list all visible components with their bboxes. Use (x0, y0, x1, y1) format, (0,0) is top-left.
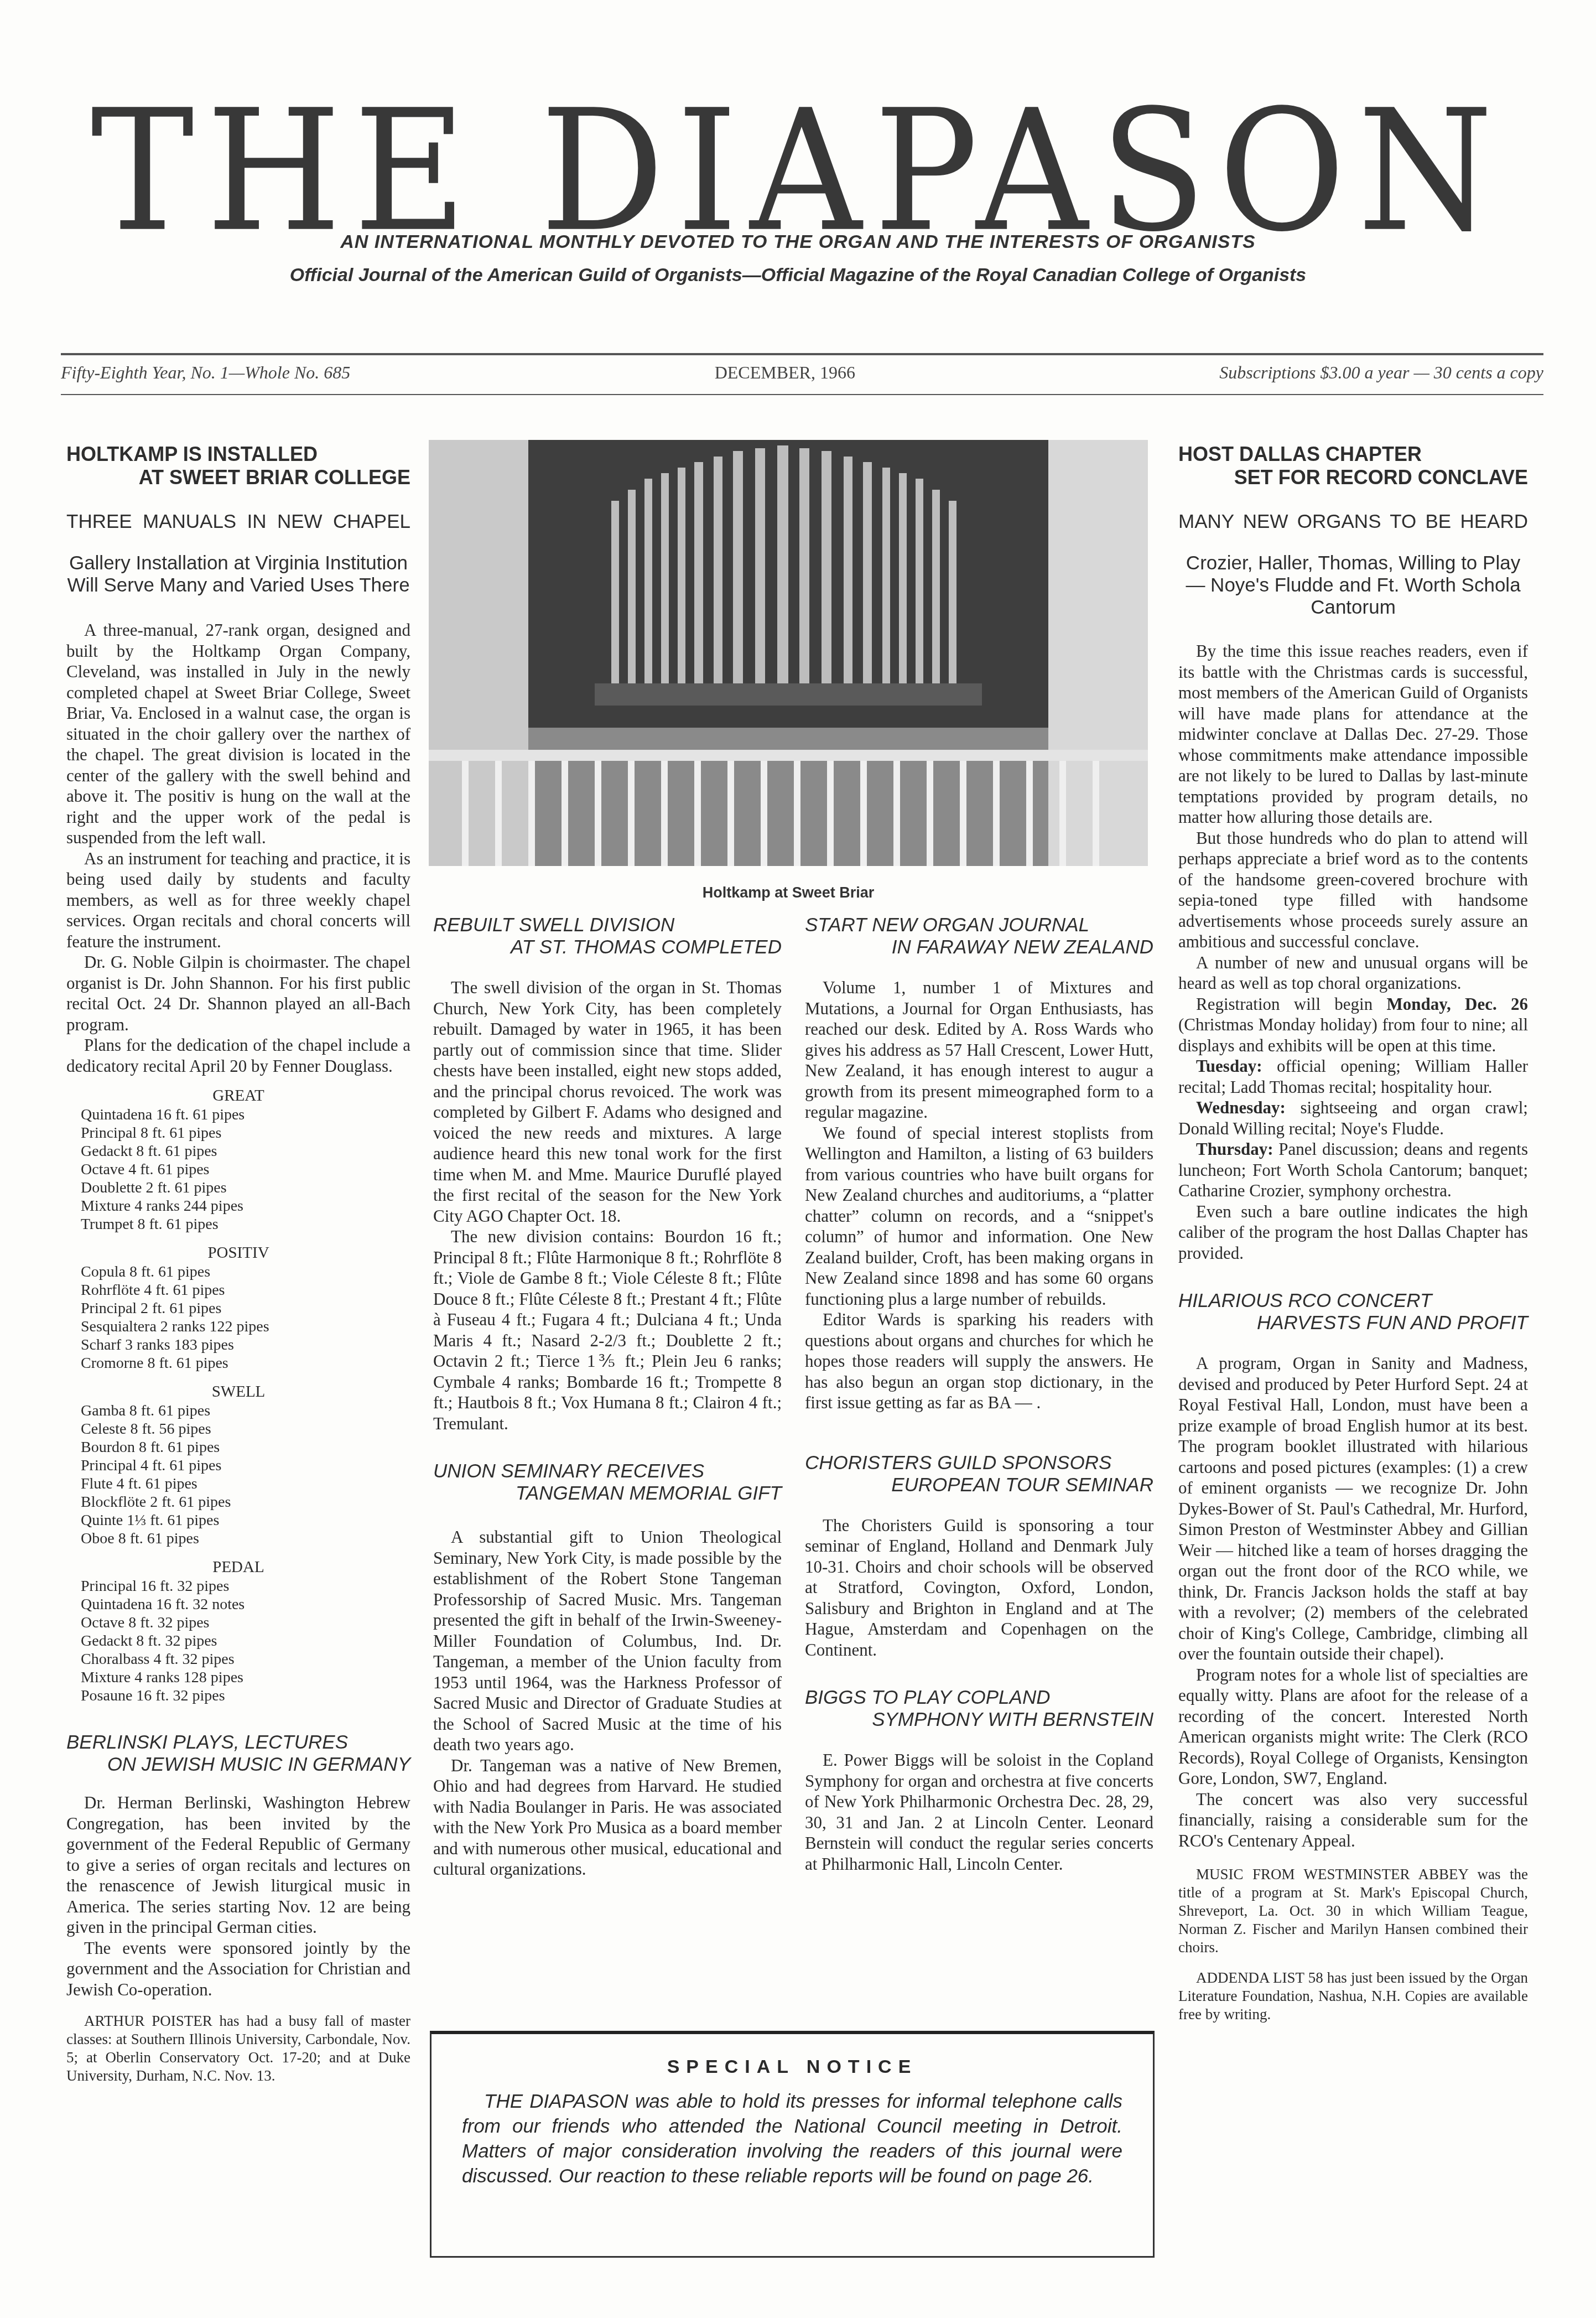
news-brief: MUSIC FROM WESTMINSTER ABBEY was the tit… (1178, 1865, 1528, 1957)
stop: Quintadena 16 ft. 61 pipes (81, 1106, 410, 1124)
paragraph: The concert was also very successful fin… (1178, 1789, 1528, 1852)
stop: Flute 4 ft. 61 pipes (81, 1475, 410, 1493)
stop-list-pedal: Principal 16 ft. 32 pipes Quintadena 16 … (66, 1577, 410, 1705)
headline-line-2: SET FOR RECORD CONCLAVE (1178, 466, 1528, 489)
article-body: Volume 1, number 1 of Mixtures and Mutat… (805, 977, 1153, 1413)
paragraph: A substantial gift to Union Theological … (433, 1527, 782, 1755)
issue-bar-rule (61, 394, 1543, 395)
stop: Posaune 16 ft. 32 pipes (81, 1687, 410, 1705)
masthead: THE DIAPASON (0, 89, 1596, 255)
paragraph: Plans for the dedication of the chapel i… (66, 1035, 410, 1076)
headline-line-1: BIGGS TO PLAY COPLAND (805, 1687, 1050, 1708)
paragraph: The Choristers Guild is sponsoring a tou… (805, 1515, 1153, 1661)
paragraph: The events were sponsored jointly by the… (66, 1938, 410, 2000)
brief-lead: ADDENDA LIST 58 (1196, 1969, 1323, 1986)
headline-line-2: AT SWEET BRIAR COLLEGE (66, 466, 410, 489)
article-headline: BIGGS TO PLAY COPLAND SYMPHONY WITH BERN… (805, 1687, 1153, 1731)
stop: Octave 4 ft. 61 pipes (81, 1160, 410, 1179)
stop-list-swell: Gamba 8 ft. 61 pipes Celeste 8 ft. 56 pi… (66, 1402, 410, 1548)
stop: Principal 4 ft. 61 pipes (81, 1456, 410, 1475)
header-rule (61, 353, 1543, 355)
tagline: AN INTERNATIONAL MONTHLY DEVOTED TO THE … (0, 231, 1596, 253)
subscription-price: Subscriptions $3.00 a year — 30 cents a … (1219, 362, 1543, 383)
schedule-item: Thursday: Panel discussion; deans and re… (1178, 1139, 1528, 1201)
stop: Gedackt 8 ft. 32 pipes (81, 1632, 410, 1650)
news-brief: ARTHUR POISTER has had a busy fall of ma… (66, 2012, 410, 2085)
special-notice-box: SPECIAL NOTICE THE DIAPASON was able to … (430, 2031, 1155, 2258)
article-subhead: THREE MANUALS IN NEW CHAPEL (66, 510, 410, 533)
stop-list-positiv: Copula 8 ft. 61 pipes Rohrflöte 4 ft. 61… (66, 1263, 410, 1372)
stop: Scharf 3 ranks 183 pipes (81, 1336, 410, 1354)
headline-line-1: CHORISTERS GUILD SPONSORS (805, 1452, 1111, 1474)
organ-pipes-icon (429, 440, 1148, 866)
stop: Rohrflöte 4 ft. 61 pipes (81, 1281, 410, 1299)
news-brief: ADDENDA LIST 58 has just been issued by … (1178, 1969, 1528, 2024)
schedule-item: Wednesday: sightseeing and organ crawl; … (1178, 1097, 1528, 1139)
article-headline: BERLINSKI PLAYS, LECTURES ON JEWISH MUSI… (66, 1731, 410, 1776)
article-deck: Gallery Installation at Virginia Institu… (66, 552, 410, 597)
headline-line-2: IN FARAWAY NEW ZEALAND (805, 936, 1153, 958)
stop: Mixture 4 ranks 244 pipes (81, 1197, 410, 1215)
article-body: By the time this issue reaches readers, … (1178, 641, 1528, 1263)
issue-date: DECEMBER, 1966 (715, 362, 855, 383)
column-1: HOLTKAMP IS INSTALLED AT SWEET BRIAR COL… (66, 443, 410, 2085)
stop: Sesquialtera 2 ranks 122 pipes (81, 1318, 410, 1336)
paragraph: Even such a bare outline indicates the h… (1178, 1201, 1528, 1264)
article-headline: CHORISTERS GUILD SPONSORS EUROPEAN TOUR … (805, 1452, 1153, 1496)
stop: Oboe 8 ft. 61 pipes (81, 1529, 410, 1548)
paragraph: But those hundreds who do plan to attend… (1178, 828, 1528, 952)
division-title-positiv: POSITIV (66, 1243, 410, 1263)
stop: Principal 16 ft. 32 pipes (81, 1577, 410, 1595)
photo-caption: Holtkamp at Sweet Briar (429, 884, 1148, 901)
headline-line-2: SYMPHONY WITH BERNSTEIN (805, 1709, 1153, 1731)
stop: Bourdon 8 ft. 61 pipes (81, 1438, 410, 1456)
stop: Quintadena 16 ft. 32 notes (81, 1595, 410, 1614)
article-body: A program, Organ in Sanity and Madness, … (1178, 1353, 1528, 1851)
headline-line-1: UNION SEMINARY RECEIVES (433, 1460, 704, 1482)
stop: Trumpet 8 ft. 61 pipes (81, 1215, 410, 1233)
division-title-great: GREAT (66, 1086, 410, 1106)
paragraph: Editor Wards is sparking his readers wit… (805, 1309, 1153, 1413)
column-3: START NEW ORGAN JOURNAL IN FARAWAY NEW Z… (805, 914, 1153, 1874)
paragraph: Volume 1, number 1 of Mixtures and Mutat… (805, 977, 1153, 1123)
stop: Copula 8 ft. 61 pipes (81, 1263, 410, 1281)
article-body: The Choristers Guild is sponsoring a tou… (805, 1515, 1153, 1661)
official-line: Official Journal of the American Guild o… (0, 265, 1596, 286)
headline-line-2: EUROPEAN TOUR SEMINAR (805, 1474, 1153, 1496)
stop: Gamba 8 ft. 61 pipes (81, 1402, 410, 1420)
paragraph: The swell division of the organ in St. T… (433, 977, 782, 1226)
article-body: The swell division of the organ in St. T… (433, 977, 782, 1434)
article-subhead: MANY NEW ORGANS TO BE HEARD (1178, 510, 1528, 533)
stop: Mixture 4 ranks 128 pipes (81, 1668, 410, 1687)
stop: Principal 2 ft. 61 pipes (81, 1299, 410, 1318)
stop: Gedackt 8 ft. 61 pipes (81, 1142, 410, 1160)
schedule-item: Tuesday: official opening; William Halle… (1178, 1056, 1528, 1097)
paragraph: By the time this issue reaches readers, … (1178, 641, 1528, 828)
headline-line-2: AT ST. THOMAS COMPLETED (433, 936, 782, 958)
division-title-pedal: PEDAL (66, 1558, 410, 1577)
headline-line-1: START NEW ORGAN JOURNAL (805, 914, 1089, 936)
headline-line-2: TANGEMAN MEMORIAL GIFT (433, 1482, 782, 1505)
brief-lead: MUSIC FROM WESTMINSTER ABBEY (1196, 1866, 1468, 1883)
organ-pipes-photo (429, 440, 1148, 866)
headline-line-1: HILARIOUS RCO CONCERT (1178, 1290, 1432, 1311)
article-headline: HILARIOUS RCO CONCERT HARVESTS FUN AND P… (1178, 1290, 1528, 1334)
paragraph: A three-manual, 27-rank organ, designed … (66, 620, 410, 848)
stop: Choralbass 4 ft. 32 pipes (81, 1650, 410, 1668)
headline-line-1: HOLTKAMP IS INSTALLED (66, 443, 318, 465)
article-headline: HOST DALLAS CHAPTER SET FOR RECORD CONCL… (1178, 443, 1528, 489)
registration-text: (Christmas Monday holiday) from four to … (1178, 1015, 1528, 1055)
registration-date: Monday, Dec. 26 (1387, 994, 1529, 1014)
stop: Quinte 1⅓ ft. 61 pipes (81, 1511, 410, 1529)
paragraph: As an instrument for teaching and practi… (66, 848, 410, 952)
paragraph: Dr. G. Noble Gilpin is choirmaster. The … (66, 952, 410, 1035)
paragraph: We found of special interest stoplists f… (805, 1123, 1153, 1310)
headline-line-1: REBUILT SWELL DIVISION (433, 914, 674, 936)
column-4: HOST DALLAS CHAPTER SET FOR RECORD CONCL… (1178, 443, 1528, 2024)
headline-line-1: HOST DALLAS CHAPTER (1178, 443, 1422, 465)
registration-text: Registration will begin (1196, 994, 1387, 1014)
stoplist: GREAT Quintadena 16 ft. 61 pipes Princip… (66, 1086, 410, 1705)
stop: Blockflöte 2 ft. 61 pipes (81, 1493, 410, 1511)
paragraph: The new division contains: Bourdon 16 ft… (433, 1226, 782, 1434)
article-body: A substantial gift to Union Theological … (433, 1527, 782, 1880)
article-headline: UNION SEMINARY RECEIVES TANGEMAN MEMORIA… (433, 1460, 782, 1505)
notice-body: THE DIAPASON was able to hold its presse… (432, 2078, 1153, 2189)
paragraph: A number of new and unusual organs will … (1178, 952, 1528, 994)
paragraph: A program, Organ in Sanity and Madness, … (1178, 1353, 1528, 1664)
headline-line-2: HARVESTS FUN AND PROFIT (1178, 1312, 1528, 1334)
article-body: Dr. Herman Berlinski, Washington Hebrew … (66, 1792, 410, 2000)
column-2: REBUILT SWELL DIVISION AT ST. THOMAS COM… (433, 914, 782, 1880)
stop: Celeste 8 ft. 56 pipes (81, 1420, 410, 1438)
paragraph: Dr. Tangeman was a native of New Bremen,… (433, 1755, 782, 1880)
article-body: A three-manual, 27-rank organ, designed … (66, 620, 410, 1076)
schedule-day: Wednesday: (1196, 1098, 1286, 1117)
paragraph: E. Power Biggs will be soloist in the Co… (805, 1750, 1153, 1874)
article-headline: HOLTKAMP IS INSTALLED AT SWEET BRIAR COL… (66, 443, 410, 489)
volume-number: Fifty-Eighth Year, No. 1—Whole No. 685 (61, 362, 350, 383)
notice-title: SPECIAL NOTICE (432, 2056, 1153, 2078)
stop-list-great: Quintadena 16 ft. 61 pipes Principal 8 f… (66, 1106, 410, 1233)
article-deck: Crozier, Haller, Thomas, Willing to Play… (1178, 552, 1528, 619)
schedule-day: Thursday: (1196, 1139, 1273, 1159)
paragraph: Registration will begin Monday, Dec. 26 … (1178, 994, 1528, 1056)
article-headline: REBUILT SWELL DIVISION AT ST. THOMAS COM… (433, 914, 782, 958)
headline-line-2: ON JEWISH MUSIC IN GERMANY (66, 1754, 410, 1776)
article-headline: START NEW ORGAN JOURNAL IN FARAWAY NEW Z… (805, 914, 1153, 958)
schedule-day: Tuesday: (1196, 1056, 1262, 1076)
stop: Octave 8 ft. 32 pipes (81, 1614, 410, 1632)
division-title-swell: SWELL (66, 1382, 410, 1402)
stop: Principal 8 ft. 61 pipes (81, 1124, 410, 1142)
article-body: E. Power Biggs will be soloist in the Co… (805, 1750, 1153, 1874)
paragraph: Dr. Herman Berlinski, Washington Hebrew … (66, 1792, 410, 1938)
headline-line-1: BERLINSKI PLAYS, LECTURES (66, 1731, 348, 1753)
brief-lead: ARTHUR POISTER (84, 2013, 212, 2029)
stop: Cromorne 8 ft. 61 pipes (81, 1354, 410, 1372)
issue-bar: Fifty-Eighth Year, No. 1—Whole No. 685 D… (61, 362, 1543, 383)
stop: Doublette 2 ft. 61 pipes (81, 1179, 410, 1197)
paragraph: Program notes for a whole list of specia… (1178, 1664, 1528, 1789)
